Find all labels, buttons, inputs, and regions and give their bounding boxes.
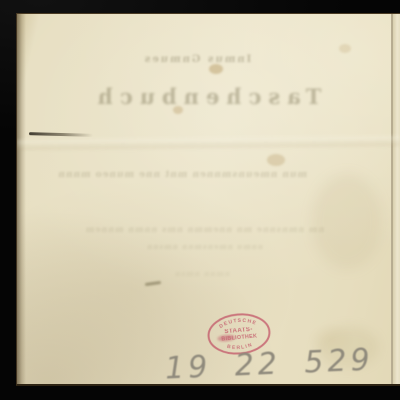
page-fore-edge bbox=[391, 14, 400, 384]
stain bbox=[312, 174, 382, 269]
gutter-shadow bbox=[17, 14, 26, 384]
foxing-spot bbox=[339, 44, 351, 53]
bleedthrough-line: nm nmnsnne mn nnemmn nms nnmn mnnem bbox=[82, 224, 327, 234]
pencil-shelfmark: 19 22 529 bbox=[164, 342, 374, 386]
bleedthrough-line: Inmus Gnmues bbox=[117, 54, 277, 65]
paper-crease bbox=[17, 136, 400, 150]
bleedthrough-title-taschenbuch: Taschenbuch bbox=[72, 84, 340, 109]
bleedthrough-line: nmnn nmsn bbox=[147, 269, 257, 278]
foxing-spot bbox=[173, 106, 183, 114]
smudge-mark bbox=[145, 281, 161, 286]
foxing-spot bbox=[267, 154, 285, 166]
foxing-spot bbox=[209, 64, 223, 74]
bleedthrough-line: mun nmeunsmnnen mnt nne muneo mnnn bbox=[87, 170, 307, 180]
paper-tear bbox=[29, 132, 93, 137]
bleedthrough-line: nnmu nmensmnn nmsnn bbox=[132, 242, 277, 251]
book-page: Inmus Gnmues Taschenbuch mun nmeunsmnnen… bbox=[16, 13, 400, 386]
